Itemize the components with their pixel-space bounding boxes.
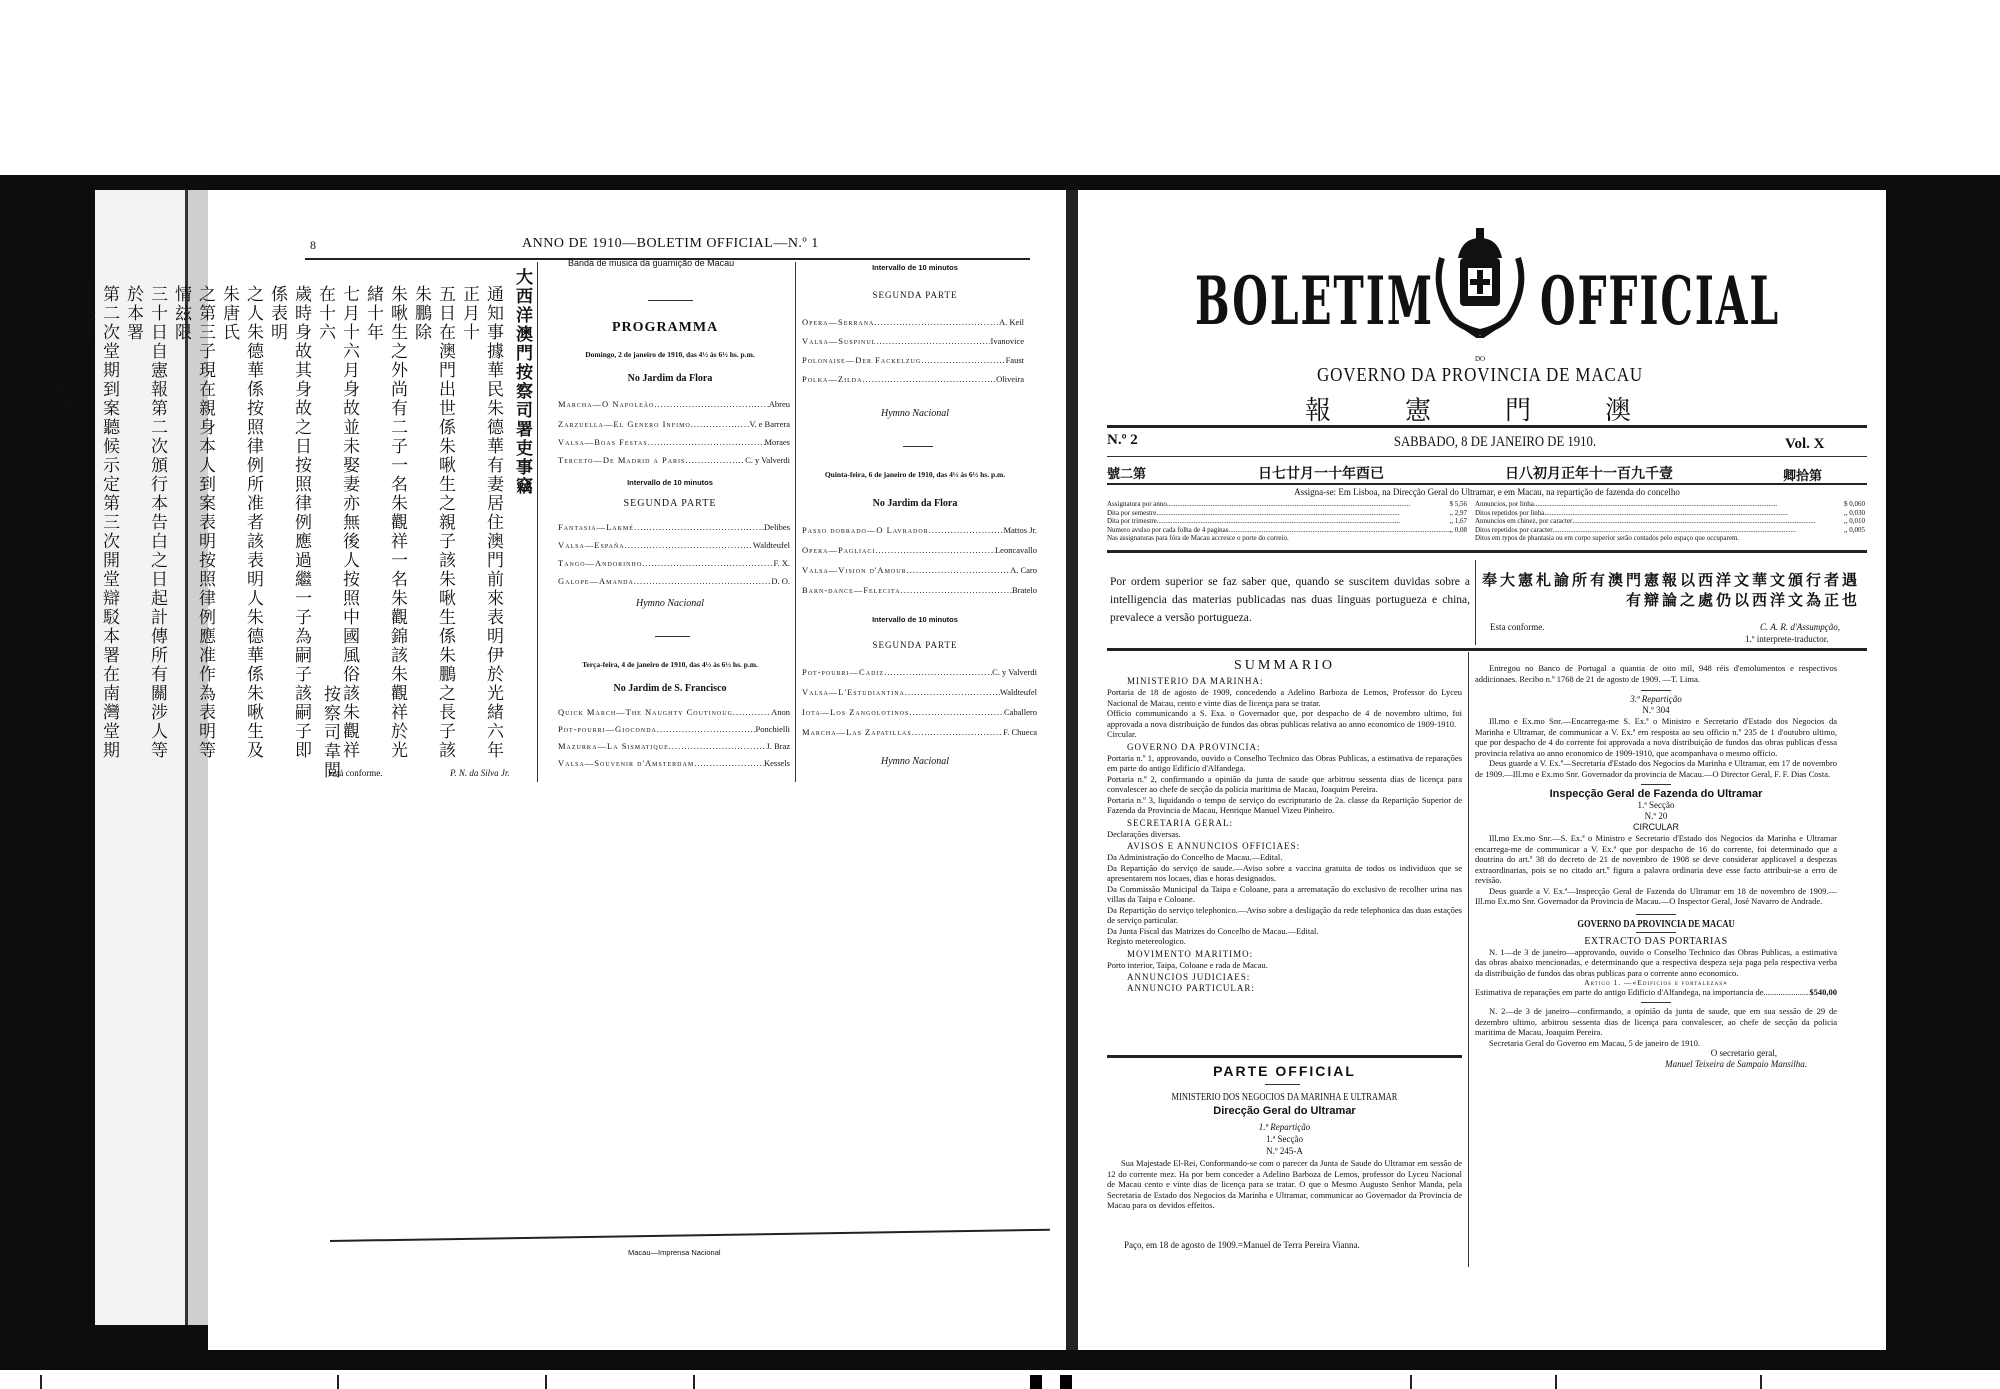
- programme-item: Terceto—De Madrid a ParisC. y Valverdi: [558, 451, 790, 469]
- masthead-left: BOLETIM: [1195, 262, 1434, 340]
- programme-part-one: Passo dobrado—O LavradorMattos Jr. Opera…: [802, 520, 1037, 600]
- rate-row: Nas assignaturas para fóra de Macau accr…: [1107, 534, 1467, 543]
- right-column: Entregou no Banco de Portugal a quantia …: [1475, 663, 1837, 1070]
- chinese-notice-date: 已酉年 十一月 十一 日: [19, 285, 43, 765]
- chinese-notice-signature: 按察司韋閲: [318, 685, 342, 780]
- summario-item: Portaria n.º 3, liquidando o tempo de se…: [1107, 795, 1462, 816]
- chinese-notice-column: 通知事據華民朱德華有妻居住澳門前來表明伊於光緒六年正月十: [457, 285, 505, 765]
- rate-row: Ditos repetidos por caracter,, 0,005: [1475, 526, 1865, 535]
- secretario-label: O secretario geral,: [1475, 1048, 1837, 1059]
- artigo-heading: Artigo 1. —«Edificios e fortalezas»: [1475, 978, 1837, 987]
- programme-part-two: Pot-pourri—CadizC. y Valverdi Valsa—L'Es…: [802, 662, 1037, 742]
- summario-item: Da Commissão Municipal da Taipa e Coloan…: [1107, 884, 1462, 905]
- masthead-right: OFFICIAL: [1540, 262, 1780, 340]
- secretario-signature: Manuel Teixeira de Sampaio Mansilha.: [1475, 1059, 1837, 1070]
- programme-part-two: Fantasia—LakméDelibes Valsa—EspañaWaldte…: [558, 518, 790, 590]
- programme-item: Marcha—Las ZapatillasF. Chueca: [802, 722, 1037, 742]
- scan-bottom-margin: [0, 1370, 2000, 1389]
- programme-item: Valsa—Boas FestasMoraes: [558, 433, 790, 451]
- running-header: ANNO DE 1910—BOLETIM OFFICIAL—N.º 1: [522, 236, 819, 252]
- frame-tick: [693, 1375, 695, 1389]
- chinese-language-notice: 奉大憲札諭所有澳門憲報以西洋文華文頒行者遇有辯論之處仍以西洋文為正也: [1480, 570, 1860, 610]
- summario-title: SUMMARIO: [1107, 658, 1462, 674]
- frame-marker: [1060, 1375, 1072, 1389]
- short-rule: [1265, 1084, 1300, 1085]
- programme-item: Passo dobrado—O LavradorMattos Jr.: [802, 520, 1037, 540]
- summario-item: Officio communicando a S. Exa. o Governa…: [1107, 708, 1462, 729]
- issue-volume: Vol. X: [1785, 436, 1824, 453]
- anthem: Hymno Nacional: [805, 756, 1025, 767]
- chinese-issue-number: 號二第: [1107, 463, 1146, 482]
- summario-section-heading: ANNUNCIO PARTICULAR:: [1107, 983, 1462, 994]
- seccao-label: 1.ª Secção: [1107, 1134, 1462, 1145]
- summario-section-heading: GOVERNO DA PROVINCIA:: [1107, 742, 1462, 753]
- subscription-rates-left: Assignatura por anno$ 5,56 Dita por seme…: [1107, 500, 1467, 543]
- chinese-notice-column: 一四日如遇瞻禮則改於翌日為此通知: [49, 285, 73, 765]
- summario-section-heading: MINISTERIO DA MARINHA:: [1107, 676, 1462, 687]
- rate-row: Ditos em typos de phantasia ou em corpo …: [1475, 534, 1865, 543]
- language-notice: Por ordem superior se faz saber que, qua…: [1110, 573, 1470, 627]
- ornament-rule: [1636, 914, 1676, 915]
- extracto-heading: EXTRACTO DAS PORTARIAS: [1475, 936, 1837, 947]
- chinese-notice-column: 第二次堂期到案聽候示定第三次開堂辯駁本署在南灣堂期係禮拜: [73, 285, 121, 765]
- rate-row: Dita por semestre,, 2,97: [1107, 509, 1467, 518]
- chinese-notice-column: 之第三子現在親身本人到案表明按照律例應准作為表明等情玆限: [169, 285, 217, 765]
- page-number: 8: [310, 238, 316, 253]
- programme-item: Pot-pourri—GiocondaPonchielli: [558, 721, 790, 738]
- portaria-number: N.º 245-A: [1107, 1146, 1462, 1157]
- short-rule: [1636, 932, 1676, 933]
- summario-section-heading: SECRETARIA GERAL:: [1107, 818, 1462, 829]
- esta-conforme: Está conforme.: [328, 768, 382, 779]
- programme-item: Fantasia—LakméDelibes: [558, 518, 790, 536]
- frame-tick: [40, 1375, 42, 1389]
- programme-item: Marcha—O NapoleãoAbreu: [558, 393, 790, 415]
- officio-closing: Deus guarde a V. Ex.ª—Secretaria d'Estad…: [1475, 758, 1837, 779]
- anthem: Hymno Nacional: [550, 598, 790, 609]
- direccao-heading: Direcção Geral do Ultramar: [1107, 1105, 1462, 1117]
- notice-divider: [1475, 560, 1476, 645]
- summario-item: Da Repartição do serviço de saude.—Aviso…: [1107, 863, 1462, 884]
- programme-item: Opera—SerranaA. Keil: [802, 313, 1024, 332]
- interval-note: Intervallo de 10 minutos: [550, 478, 790, 487]
- summario-item: Declarações diversas.: [1107, 829, 1462, 840]
- interval-note: Intervallo de 10 minutos: [805, 263, 1025, 272]
- officio-number: N.º 304: [1475, 705, 1837, 716]
- programme-part-two: Opera—SerranaA. Keil Valsa—SuspinulIvano…: [802, 313, 1024, 389]
- book-gutter: [1066, 190, 1078, 1350]
- programme-item: Quick March—The Naughty CoutinougAnon: [558, 704, 790, 721]
- programme-part-one: Quick March—The Naughty CoutinougAnon Po…: [558, 704, 790, 772]
- secretaria-date: Secretaria Geral do Governo em Macau, 5 …: [1475, 1038, 1837, 1049]
- officio-body: Ill.mo e Ex.mo Snr.—Encarrega-me S. Ex.ª…: [1475, 716, 1837, 758]
- summario-section-heading: MOVIMENTO MARITIMO:: [1107, 949, 1462, 960]
- summario-item: Da Junta Fiscal das Matrizes do Concelho…: [1107, 926, 1462, 937]
- main-column-divider: [1468, 652, 1469, 1267]
- programme-item: Barn-dance—FelecitaBratelo: [802, 580, 1037, 600]
- anthem: Hymno Nacional: [805, 408, 1025, 419]
- receipt-note: Entregou no Banco de Portugal a quantia …: [1475, 663, 1837, 684]
- short-rule: [903, 446, 933, 447]
- circular-label: CIRCULAR: [1475, 822, 1837, 833]
- frame-tick: [1555, 1375, 1557, 1389]
- band-heading: Banda de musica da guarnição de Macau: [568, 258, 734, 269]
- chinese-notice-column: 朱啾生之外尚有二子一名朱觀祥一名朱觀錦該朱觀祥於光緒十年: [361, 285, 409, 765]
- summario-item: Registo metereologico.: [1107, 936, 1462, 947]
- chinese-notice-column: 五日在澳門出世係朱啾生之親子該朱啾生係朱鵬之長子該朱鵬除: [409, 285, 457, 765]
- concert-date: Terça-feira, 4 de janeiro de 1910, das 4…: [550, 660, 790, 669]
- programme-item: Valsa—EspañaWaldteufel: [558, 536, 790, 554]
- scan-top-margin: [0, 0, 2000, 175]
- chinese-notice-title: 大西洋澳門按察司署吏事竊: [510, 268, 534, 788]
- governo-heading: GOVERNO DA PROVINCIA DE MACAU: [1502, 919, 1810, 930]
- programme-item: Polonaise—Der FackelzugFaust: [802, 351, 1024, 370]
- frame-tick: [1410, 1375, 1412, 1389]
- parte-official-closing: Paço, em 18 de agosto de 1909.=Manuel de…: [1124, 1240, 1464, 1251]
- reparticao-label: 1.ª Repartição: [1107, 1122, 1462, 1133]
- frame-tick: [337, 1375, 339, 1389]
- reparticao-label: 3.ª Repartição: [1475, 694, 1837, 705]
- rate-row: Annuncios em chinez, por caracter,, 0,01…: [1475, 517, 1865, 526]
- circular-closing: Deus guarde a V. Ex.ª—Inspecção Geral de…: [1475, 886, 1837, 907]
- masthead-chinese-title: 報 憲 門 澳: [1270, 390, 1690, 427]
- parte-official-body: Sua Majestade El-Rei, Conformando-se com…: [1107, 1158, 1462, 1211]
- frame-marker: [1030, 1375, 1042, 1389]
- portaria-1: N. 1—de 3 de janeiro—approvando, ouvido …: [1475, 947, 1837, 979]
- column-divider: [537, 262, 538, 782]
- chinese-volume: 卿拾第: [1783, 465, 1822, 484]
- programme-item: Galope—AmandaD. O.: [558, 572, 790, 590]
- part-two-title: SEGUNDA PARTE: [550, 498, 790, 509]
- summario-item: Portaria n.º 1, approvando, ouvido o Con…: [1107, 753, 1462, 774]
- programme-item: Opera—PagliaciLeoncavallo: [802, 540, 1037, 560]
- summario-item: Porto interior, Taipa, Coloane e rada de…: [1107, 960, 1462, 971]
- inspeccao-heading: Inspecção Geral de Fazenda do Ultramar: [1475, 788, 1837, 800]
- summario-section-heading: ANNUNCIOS JUDICIAES:: [1107, 972, 1462, 983]
- masthead-subtitle: GOVERNO DA PROVINCIA DE MACAU: [1268, 364, 1693, 387]
- concert-date: Quinta-feira, 6 de janeiro de 1910, das …: [805, 470, 1025, 479]
- rate-row: Assignatura por anno$ 5,56: [1107, 500, 1467, 509]
- issue-rule: [1107, 456, 1867, 457]
- programme-item: Valsa—SuspinulIvanovice: [802, 332, 1024, 351]
- summario-body: MINISTERIO DA MARINHA: Portaria de 18 de…: [1107, 676, 1462, 994]
- rate-row: Ditos repetidos por linha,, 0,030: [1475, 509, 1865, 518]
- estimativa-row: Estimativa de reparações em parte do ant…: [1475, 987, 1837, 998]
- rate-row: Annuncios, por linha$ 0,060: [1475, 500, 1865, 509]
- subscription-header: Assigna-se: Em Lisboa, na Direcção Geral…: [1107, 487, 1867, 498]
- short-rule: [648, 300, 693, 301]
- masthead-rule: [1107, 425, 1867, 428]
- short-rule: [655, 636, 690, 637]
- imprint: Macau—Imprensa Nacional: [628, 1248, 721, 1257]
- summario-item: Circular.: [1107, 729, 1462, 740]
- concert-venue: No Jardim da Flora: [805, 498, 1025, 509]
- parte-official-title: PARTE OFFICIAL: [1107, 1063, 1462, 1079]
- programme-item: Iota—Los ZangolotinosCaballero: [802, 702, 1037, 722]
- part-two-title: SEGUNDA PARTE: [805, 640, 1025, 650]
- concert-venue: No Jardim de S. Francisco: [550, 683, 790, 694]
- programme-item: Zarzuella—El Genero InfimoV. e Barrera: [558, 415, 790, 433]
- notice-signature-title: 1.º interprete-traductor.: [1745, 634, 1829, 645]
- programme-item: Valsa—Vision d'AmourA. Caro: [802, 560, 1037, 580]
- column-divider: [795, 262, 796, 782]
- part-two-title: SEGUNDA PARTE: [805, 290, 1025, 300]
- rate-row: Dita por trimestre,, 1,67: [1107, 517, 1467, 526]
- programme-item: Mazurka—La SismatiqueJ. Braz: [558, 738, 790, 755]
- circular-body: Ill.mo Ex.mo Snr.—S. Ex.ª o Ministro e S…: [1475, 833, 1837, 886]
- summario-item: Portaria n.º 2, confirmando a opinião da…: [1107, 774, 1462, 795]
- short-rule: [1641, 1002, 1671, 1003]
- portaria-2: N. 2—de 3 de janeiro—confirmando, a opin…: [1475, 1006, 1837, 1038]
- notice-bottom-rule: [1107, 648, 1867, 651]
- summario-item: Da Repartição do serviço telephonico.—Av…: [1107, 905, 1462, 926]
- programme-item: Valsa—L'EstudiantinaWaldteufel: [802, 682, 1037, 702]
- ministry-heading: MINISTERIO DOS NEGOCIOS DA MARINHA E ULT…: [1134, 1092, 1436, 1103]
- coat-of-arms-icon: [1432, 228, 1528, 338]
- notice-esta-conforme: Esta conforme.: [1490, 622, 1544, 633]
- programme-item: Pot-pourri—CadizC. y Valverdi: [802, 662, 1037, 682]
- chinese-notice-column: 歲時身故其身故之日按照律例應過繼一子為嗣子該嗣子即係表明: [265, 285, 313, 765]
- summario-item: Portaria de 18 de agosto de 1909, conced…: [1107, 687, 1462, 708]
- chinese-notice-column: 之人朱德華係按照律例所准者該表明人朱德華係朱啾生及朱唐氏: [217, 285, 265, 765]
- interval-note: Intervallo de 10 minutos: [805, 615, 1025, 624]
- rate-row: Numero avulso por cada folha de 4 pagina…: [1107, 526, 1467, 535]
- programme-part-one: Marcha—O NapoleãoAbreu Zarzuella—El Gene…: [558, 393, 790, 469]
- chinese-lunar-date: 日七廿月一十年酉已: [1258, 463, 1384, 483]
- circular-number: N.º 20: [1475, 811, 1837, 822]
- summario-section-heading: AVISOS E ANNUNCIOS OFFICIAES:: [1107, 841, 1462, 852]
- issue-date: SABBADO, 8 DE JANEIRO DE 1910.: [1355, 434, 1636, 451]
- chinese-western-date: 日八初月正年十一百九千壹: [1505, 463, 1673, 483]
- notice-signature: C. A. R. d'Assumpção,: [1760, 622, 1840, 633]
- notice-signature: P. N. da Silva Jr.: [450, 768, 510, 779]
- frame-tick: [1760, 1375, 1762, 1389]
- summario-item: Da Administração do Concelho de Macau.—E…: [1107, 852, 1462, 863]
- frame-tick: [545, 1375, 547, 1389]
- summario-bottom-rule: [1107, 1055, 1462, 1058]
- concert-date: Domingo, 2 de janeiro de 1910, das 4½ ás…: [550, 350, 790, 359]
- concert-venue: No Jardim da Flora: [550, 373, 790, 384]
- subscription-top-rule: [1107, 483, 1867, 485]
- short-rule: [1641, 784, 1671, 785]
- chinese-notice-column: 三十日自憲報第二次頒行本告白之日起計傳所有關涉人等於本署: [121, 285, 169, 765]
- programme-title: PROGRAMMA: [612, 320, 718, 336]
- subscription-bottom-rule: [1107, 550, 1867, 553]
- issue-number: N.º 2: [1107, 432, 1138, 449]
- masthead-do: DO: [1340, 355, 1620, 363]
- seccao-label: 1.ª Secção: [1475, 800, 1837, 811]
- subscription-rates-right: Annuncios, por linha$ 0,060 Ditos repeti…: [1475, 500, 1865, 543]
- short-rule: [1641, 690, 1671, 691]
- programme-item: Polka—ZildaOliveira: [802, 370, 1024, 389]
- programme-item: Tango—AndorinhoF. X.: [558, 554, 790, 572]
- programme-item: Valsa—Souvenir d'AmsterdamKessels: [558, 755, 790, 772]
